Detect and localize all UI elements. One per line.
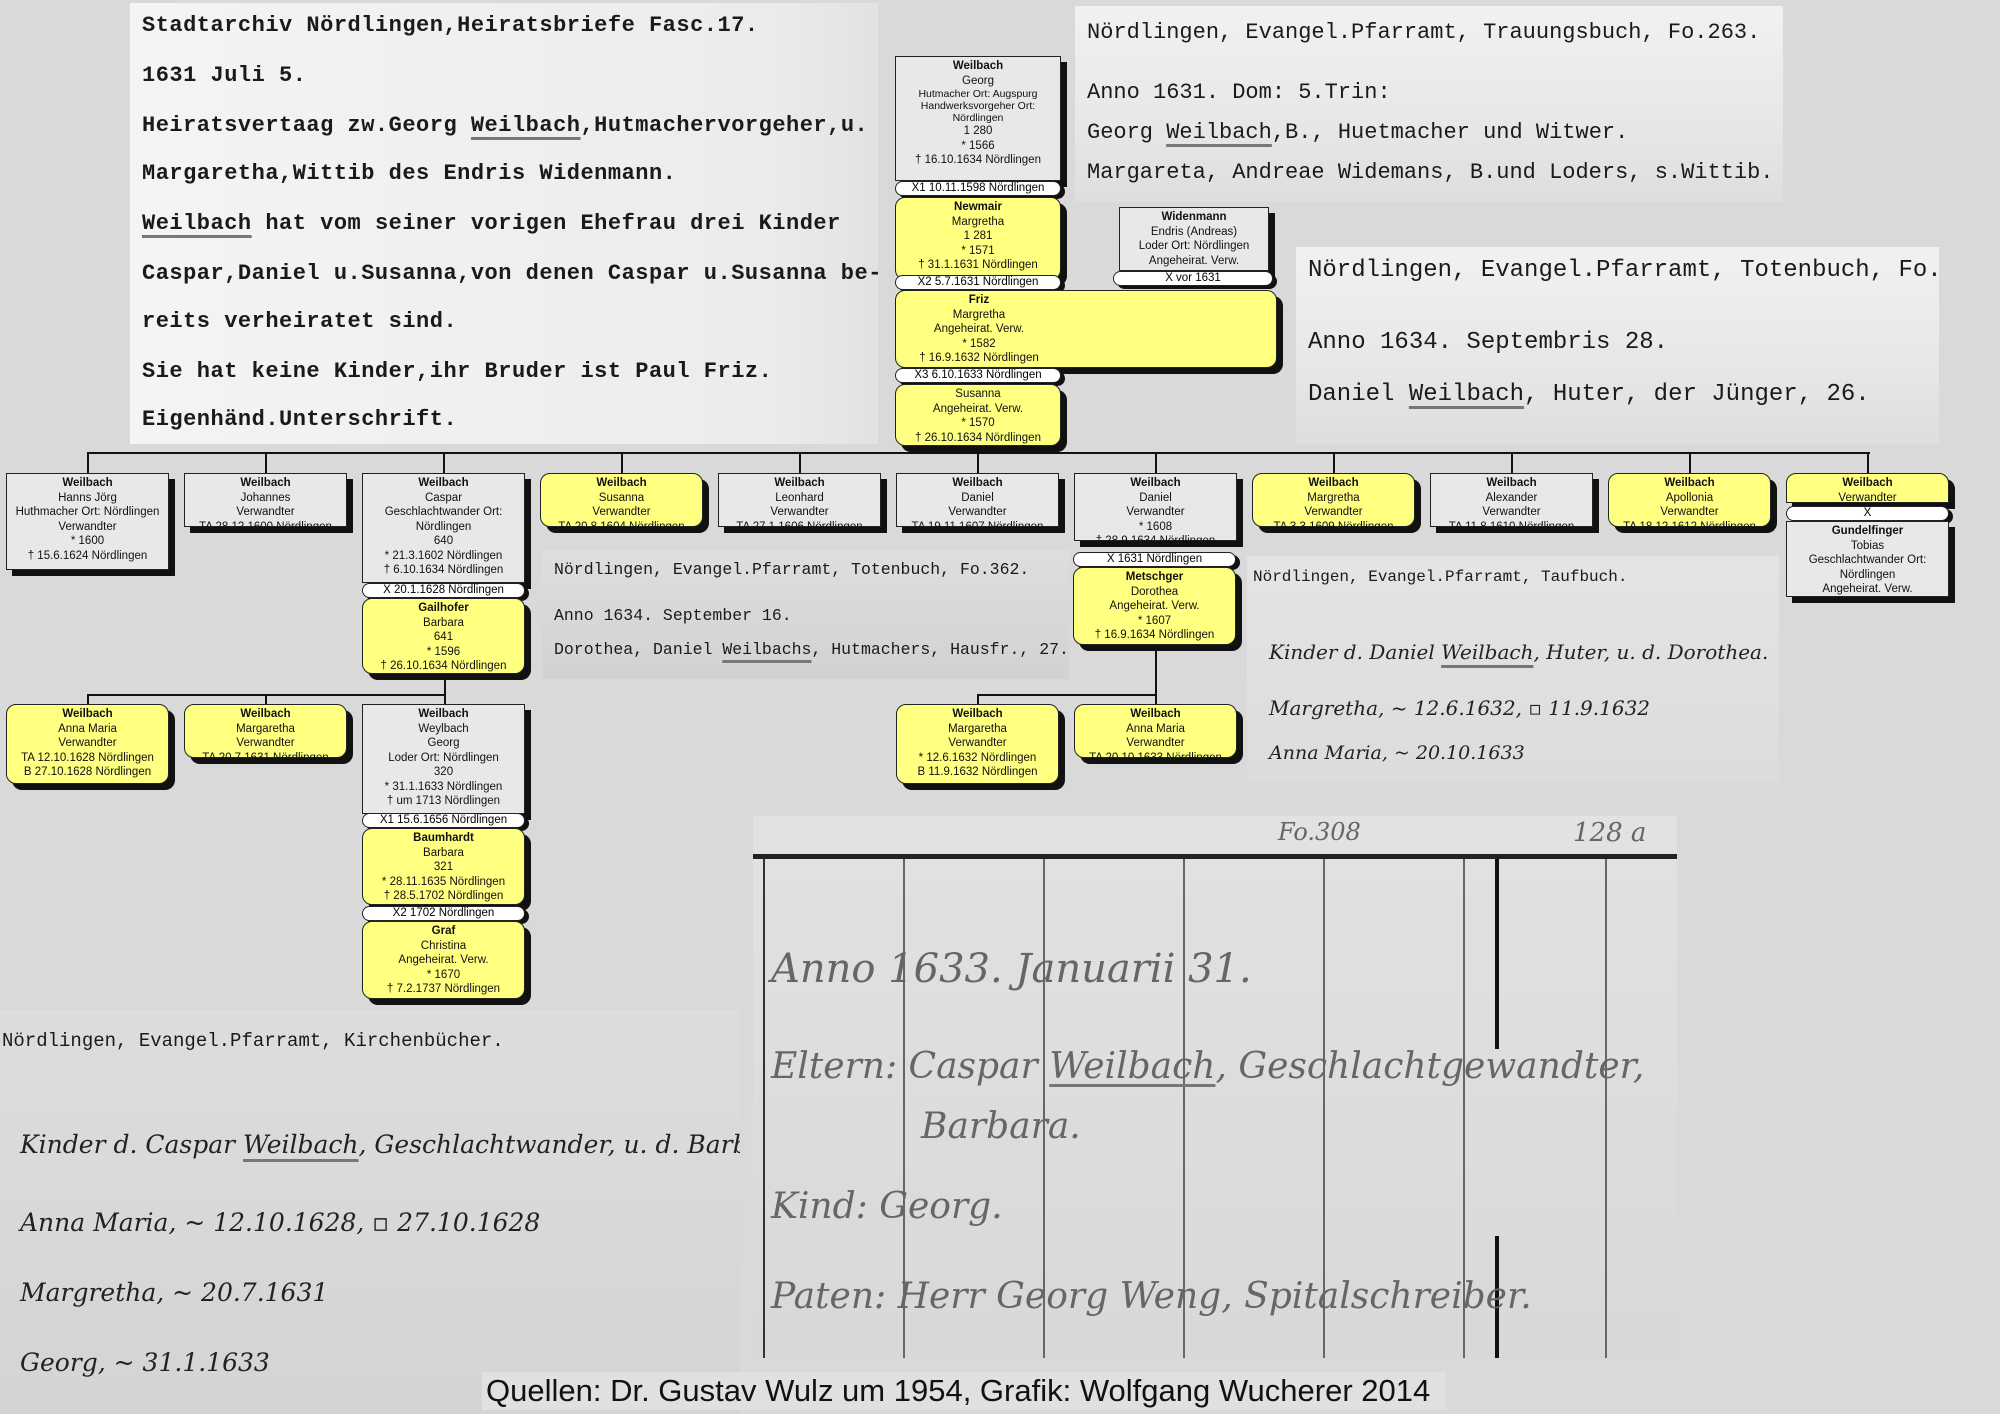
- doc-line: Nördlingen, Evangel.Pfarramt, Trauungsbu…: [1087, 20, 1760, 45]
- person-box[interactable]: WeilbachApolloniaVerwandterTA 18.12.1612…: [1608, 473, 1771, 527]
- given-name: Barbara: [363, 616, 524, 631]
- surname: Weilbach: [897, 476, 1058, 491]
- connector: [1333, 452, 1335, 473]
- register-column: [1605, 859, 1607, 1358]
- death: † 16.9.1632 Nördlingen: [896, 351, 1062, 366]
- person-box[interactable]: WeilbachDanielVerwandterTA 19.11.1607 Nö…: [896, 473, 1059, 527]
- marriage-x1: X1 10.11.1598 Nördlingen: [895, 181, 1061, 196]
- highlighted-surname: Weilbach: [1049, 1046, 1215, 1087]
- connector: [87, 452, 89, 473]
- surname: Weilbach: [1609, 476, 1770, 491]
- highlighted-surname: Weilbach: [1166, 120, 1272, 145]
- person-detail: Verwandter: [7, 736, 168, 751]
- person-box[interactable]: WeilbachMargarethaVerwandter* 12.6.1632 …: [896, 704, 1059, 784]
- surname: Weilbach: [541, 476, 702, 491]
- connector: [977, 452, 979, 473]
- surname: Weilbach: [185, 707, 346, 722]
- register-column: [763, 859, 765, 1358]
- connector: [444, 694, 446, 704]
- person-detail: Verwandter: [719, 505, 880, 520]
- person-detail: Daniel: [1075, 491, 1236, 506]
- person-detail: Verwandter: [1609, 505, 1770, 520]
- surname: Graf: [363, 924, 524, 939]
- surname: Weilbach: [7, 476, 168, 491]
- person-detail: B 27.10.1628 Nördlingen: [7, 765, 168, 780]
- caption: Quellen: Dr. Gustav Wulz um 1954, Grafik…: [482, 1372, 1446, 1410]
- death: † 7.2.1737 Nördlingen: [363, 982, 524, 997]
- person-detail: * 12.6.1632 Nördlingen: [897, 751, 1058, 766]
- doc-register: Fo.308 128 a Anno 1633. Januarii 31. Elt…: [753, 816, 1677, 1358]
- person-box[interactable]: WeilbachDanielVerwandter* 1608† 28.9.163…: [1074, 473, 1237, 541]
- person-box[interactable]: WeilbachHanns JörgHuthmacher Ort: Nördli…: [6, 473, 169, 570]
- register-mark: [1495, 859, 1499, 1049]
- id-number: 1 280: [896, 124, 1060, 139]
- person-metschger-dorothea[interactable]: Metschger Dorothea Angeheirat. Verw. * 1…: [1073, 567, 1236, 645]
- person-detail: Verwandter: [1431, 505, 1592, 520]
- birth: * 1582: [896, 337, 1062, 352]
- death: † 26.10.1634 Nördlingen: [896, 431, 1060, 446]
- person-detail: † 6.10.1634 Nördlingen: [363, 563, 524, 578]
- doc-line: Nördlingen, Evangel.Pfarramt, Kirchenbüc…: [2, 1030, 504, 1052]
- register-rule: [753, 854, 1677, 859]
- given-name: Tobias: [1787, 539, 1948, 554]
- connector: [443, 452, 445, 473]
- highlighted-surname: Weilbach: [243, 1130, 358, 1159]
- person-box[interactable]: WeilbachJohannesVerwandterTA 28.12.1600 …: [184, 473, 347, 527]
- doc-line: Nördlingen, Evangel.Pfarramt, Totenbuch,…: [554, 560, 1029, 579]
- doc-line: Nördlingen, Evangel.Pfarramt, Taufbuch.: [1253, 568, 1627, 586]
- person-box[interactable]: WeilbachAnna MariaVerwandterTA 12.10.162…: [6, 704, 169, 784]
- marriage-last: X: [1786, 506, 1949, 521]
- person-graf-christina[interactable]: Graf Christina Angeheirat. Verw. * 1670 …: [362, 921, 525, 999]
- given-name: Susanna: [896, 387, 1060, 402]
- surname: Widenmann: [1120, 210, 1268, 225]
- person-box[interactable]: WeilbachMargarethaVerwandterTA 20.7.1631…: [184, 704, 347, 758]
- birth: * 1607: [1074, 614, 1235, 629]
- given-name: Endris (Andreas): [1120, 225, 1268, 240]
- highlighted-surname: Weilbach: [142, 211, 252, 236]
- person-detail: † um 1713 Nördlingen: [363, 794, 524, 809]
- occupation: Geschlachtwander Ort:: [1787, 553, 1948, 568]
- person-detail: 320: [363, 765, 524, 780]
- doc-line: Georg Weilbach,B., Huetmacher und Witwer…: [1087, 120, 1628, 145]
- person-box[interactable]: WeilbachCasparGeschlachtwander Ort:Nördl…: [362, 473, 525, 583]
- marriage-georg-jr-x2: X2 1702 Nördlingen: [362, 906, 525, 921]
- person-detail: Apollonia: [1609, 491, 1770, 506]
- highlighted-surname: Weilbachs: [722, 640, 811, 659]
- doc-taufbuch: Nördlingen, Evangel.Pfarramt, Taufbuch. …: [1247, 556, 1779, 782]
- surname: Weilbach: [7, 707, 168, 722]
- marriage-widenmann: X vor 1631: [1113, 271, 1273, 286]
- person-gundelfinger-tobias[interactable]: Gundelfinger Tobias Geschlachtwander Ort…: [1786, 521, 1949, 597]
- birth: * 1670: [363, 968, 524, 983]
- death: † 31.1.1631 Nördlingen: [896, 258, 1060, 273]
- id-number: 1 281: [896, 229, 1060, 244]
- person-detail: Hanns Jörg: [7, 491, 168, 506]
- person-box[interactable]: WeilbachAnna MariaVerwandterTA 20.10.163…: [1074, 704, 1237, 758]
- connector: [1155, 694, 1157, 704]
- connector: [1689, 452, 1691, 473]
- person-detail: Verwandter: [897, 505, 1058, 520]
- person-box[interactable]: WeilbachMargrethaVerwandterTA 3.3.1609 N…: [1252, 473, 1415, 527]
- person-detail: TA 20.8.1604 Nördlingen: [541, 520, 702, 535]
- connector: [977, 694, 1157, 696]
- person-detail: Georg: [363, 736, 524, 751]
- person-detail: Anna Maria: [7, 722, 168, 737]
- surname: Weilbach: [1431, 476, 1592, 491]
- doc-line: Anno 1633. Januarii 31.: [771, 946, 1252, 992]
- doc-line: Daniel Weilbach, Huter, der Jünger, 26.: [1308, 381, 1870, 408]
- marriage-caspar: X 20.1.1628 Nördlingen: [362, 583, 525, 598]
- surname: Friz: [896, 293, 1062, 308]
- marriage-georg-jr-x1: X1 15.6.1656 Nördlingen: [362, 813, 525, 828]
- person-baumhardt-barbara[interactable]: Baumhardt Barbara 321 * 28.11.1635 Nördl…: [362, 828, 525, 905]
- surname: Weilbach: [897, 707, 1058, 722]
- surname: Weilbach: [1075, 476, 1236, 491]
- person-newmair-margretha[interactable]: Newmair Margretha 1 281 * 1571 † 31.1.16…: [895, 197, 1061, 280]
- connector: [1511, 452, 1513, 473]
- relation: Angeheirat. Verw.: [363, 953, 524, 968]
- place: Nördlingen: [896, 112, 1060, 124]
- given-name: Dorothea: [1074, 585, 1235, 600]
- person-detail: B 11.9.1632 Nördlingen: [897, 765, 1058, 780]
- person-detail: Verwandter: [7, 520, 168, 535]
- doc-line: reits verheiratet sind.: [142, 309, 457, 334]
- occupation: Hutmacher Ort: Augspurg: [896, 88, 1060, 100]
- person-detail: * 1608: [1075, 520, 1236, 535]
- person-detail: Susanna: [541, 491, 702, 506]
- person-detail: Verwandter: [185, 736, 346, 751]
- doc-line: 1631 Juli 5.: [142, 63, 306, 88]
- person-detail: † 15.6.1624 Nördlingen: [7, 549, 168, 564]
- surname: Weilbach: [896, 59, 1060, 74]
- doc-line: Margaretha,Wittib des Endris Widenmann.: [142, 161, 676, 186]
- doc-line: Kinder d. Caspar Weilbach, Geschlachtwan…: [20, 1130, 740, 1159]
- highlighted-surname: Weilbach: [1409, 381, 1524, 408]
- surname: Baumhardt: [363, 831, 524, 846]
- person-detail: Verwandter: [1253, 505, 1414, 520]
- doc-line: Georg, ~ 31.1.1633: [20, 1348, 270, 1377]
- birth: * 1566: [896, 139, 1060, 154]
- occupation: Handwerksvorgeher Ort:: [896, 100, 1060, 112]
- doc-heiratsbriefe: Stadtarchiv Nördlingen,Heiratsbriefe Fas…: [130, 3, 878, 444]
- person-detail: Alexander: [1431, 491, 1592, 506]
- death: † 26.10.1634 Nördlingen: [363, 659, 524, 674]
- person-detail: Verwandter: [1075, 736, 1236, 751]
- person-detail: Nördlingen: [363, 520, 524, 535]
- person-detail: Verwandter: [897, 736, 1058, 751]
- doc-line: Paten: Herr Georg Weng, Spitalschreiber.: [771, 1276, 1532, 1317]
- doc-line: Barbara.: [921, 1106, 1081, 1147]
- death: † 28.5.1702 Nördlingen: [363, 889, 524, 904]
- page-number: 128 a: [1573, 818, 1646, 848]
- person-detail: 640: [363, 534, 524, 549]
- relation: Angeheirat. Verw.: [1120, 254, 1268, 269]
- doc-line: Heiratsvertaag zw.Georg Weilbach,Hutmach…: [142, 113, 868, 138]
- surname: Gailhofer: [363, 601, 524, 616]
- person-detail: Verwandter: [185, 505, 346, 520]
- connector: [1867, 452, 1869, 473]
- surname: Metschger: [1074, 570, 1235, 585]
- doc-line: Dorothea, Daniel Weilbachs, Hutmachers, …: [554, 640, 1069, 659]
- surname: Gundelfinger: [1787, 524, 1948, 539]
- person-detail: Verwandter: [1075, 505, 1236, 520]
- person-friz-margretha[interactable]: Friz Margretha Angeheirat. Verw. * 1582 …: [895, 290, 1277, 368]
- given-name: Georg: [896, 74, 1060, 89]
- relation: Angeheirat. Verw.: [896, 322, 1062, 337]
- relation: Angeheirat. Verw.: [1074, 599, 1235, 614]
- person-detail: Weylbach: [363, 722, 524, 737]
- doc-line: Caspar,Daniel u.Susanna,von denen Caspar…: [142, 261, 878, 286]
- connector: [977, 694, 979, 704]
- person-detail: Verwandter: [1787, 491, 1948, 506]
- doc-line: Margretha, ~ 20.7.1631: [20, 1278, 328, 1307]
- surname: Weilbach: [1075, 707, 1236, 722]
- occupation: Loder Ort: Nördlingen: [1120, 239, 1268, 254]
- doc-kirchenbuecher: Nördlingen, Evangel.Pfarramt, Kirchenbüc…: [0, 1010, 740, 1414]
- person-box[interactable]: WeilbachSusannaVerwandterTA 20.8.1604 Nö…: [540, 473, 703, 527]
- person-detail: Huthmacher Ort: Nördlingen: [7, 505, 168, 520]
- doc-trauungsbuch: Nördlingen, Evangel.Pfarramt, Trauungsbu…: [1075, 6, 1783, 202]
- highlighted-surname: Weilbach: [1441, 640, 1533, 664]
- doc-line: Anno 1631. Dom: 5.Trin:: [1087, 80, 1391, 105]
- doc-line: Eigenhänd.Unterschrift.: [142, 407, 457, 432]
- doc-line: Eltern: Caspar Weilbach, Geschlachtgewan…: [771, 1046, 1644, 1087]
- given-name: Barbara: [363, 846, 524, 861]
- marriage-x2: X2 5.7.1631 Nördlingen: [895, 275, 1061, 290]
- death: † 16.10.1634 Nördlingen: [896, 153, 1060, 168]
- marriage-daniel: X 1631 Nördlingen: [1073, 552, 1236, 567]
- person-detail: Margaretha: [897, 722, 1058, 737]
- doc-line: Margareta, Andreae Widemans, B.und Loder…: [1087, 160, 1774, 185]
- doc-line: Nördlingen, Evangel.Pfarramt, Totenbuch,…: [1308, 257, 1939, 284]
- given-name: Margretha: [896, 308, 1062, 323]
- person-gailhofer-barbara[interactable]: Gailhofer Barbara 641 * 1596 † 26.10.163…: [362, 598, 525, 674]
- person-box[interactable]: WeilbachLeonhardVerwandterTA 27.1.1606 N…: [718, 473, 881, 527]
- person-detail: TA 11.8.1610 Nördlingen: [1431, 520, 1592, 535]
- doc-line: Kind: Georg.: [771, 1186, 1003, 1227]
- person-box[interactable]: WeilbachWeylbachGeorgLoder Ort: Nördling…: [362, 704, 525, 814]
- person-detail: TA 20.7.1631 Nördlingen: [185, 751, 346, 766]
- person-detail: TA 18.12.1612 Nördlingen: [1609, 520, 1770, 535]
- connector: [799, 452, 801, 473]
- death: † 16.9.1634 Nördlingen: [1074, 628, 1235, 643]
- person-detail: Daniel: [897, 491, 1058, 506]
- doc-line: Sie hat keine Kinder,ihr Bruder ist Paul…: [142, 359, 772, 384]
- person-susanna-wife[interactable]: Susanna Angeheirat. Verw. * 1570 † 26.10…: [895, 384, 1061, 446]
- birth: * 1570: [896, 416, 1060, 431]
- doc-totenbuch-355: Nördlingen, Evangel.Pfarramt, Totenbuch,…: [1296, 247, 1939, 444]
- person-detail: Caspar: [363, 491, 524, 506]
- doc-line: Anno 1634. September 16.: [554, 606, 792, 625]
- person-detail: TA 12.10.1628 Nördlingen: [7, 751, 168, 766]
- person-detail: TA 20.10.1633 Nördlingen: [1075, 751, 1236, 766]
- marriage-x3: X3 6.10.1633 Nördlingen: [895, 368, 1061, 383]
- doc-line: Kinder d. Daniel Weilbach, Huter, u. d. …: [1269, 640, 1768, 664]
- person-detail: Margaretha: [185, 722, 346, 737]
- folio-number: Fo.308: [1278, 818, 1361, 846]
- connector: [1155, 452, 1157, 473]
- surname: Weilbach: [185, 476, 346, 491]
- person-detail: Margretha: [1253, 491, 1414, 506]
- connector: [621, 452, 623, 473]
- person-detail: Leonhard: [719, 491, 880, 506]
- doc-line: Stadtarchiv Nördlingen,Heiratsbriefe Fas…: [142, 13, 759, 38]
- person-box[interactable]: WeilbachAlexanderVerwandterTA 11.8.1610 …: [1430, 473, 1593, 527]
- connector: [265, 452, 267, 473]
- doc-totenbuch-362: Nördlingen, Evangel.Pfarramt, Totenbuch,…: [542, 550, 1069, 679]
- given-name: Christina: [363, 939, 524, 954]
- birth: * 28.11.1635 Nördlingen: [363, 875, 524, 890]
- connector: [87, 694, 89, 704]
- doc-line: Weilbach hat vom seiner vorigen Ehefrau …: [142, 211, 841, 236]
- person-detail: Geschlachtwander Ort:: [363, 505, 524, 520]
- person-detail: * 21.3.1602 Nördlingen: [363, 549, 524, 564]
- connector: [265, 694, 267, 704]
- id-number: 641: [363, 630, 524, 645]
- person-detail: Johannes: [185, 491, 346, 506]
- person-detail: TA 27.1.1606 Nördlingen: [719, 520, 880, 535]
- surname: Weilbach: [1253, 476, 1414, 491]
- doc-line: Anno 1634. Septembris 28.: [1308, 329, 1668, 356]
- surname: Weilbach: [363, 707, 524, 722]
- birth: * 1571: [896, 244, 1060, 259]
- person-detail: * 31.1.1633 Nördlingen: [363, 780, 524, 795]
- person-detail: TA 19.11.1607 Nördlingen: [897, 520, 1058, 535]
- person-detail: † 28.9.1634 Nördlingen: [1075, 534, 1236, 549]
- surname: Newmair: [896, 200, 1060, 215]
- place: Nördlingen: [1787, 568, 1948, 583]
- person-box[interactable]: WeilbachVerwandter: [1786, 473, 1949, 503]
- surname: Weilbach: [1787, 476, 1948, 491]
- person-detail: TA 3.3.1609 Nördlingen: [1253, 520, 1414, 535]
- connector: [1155, 645, 1157, 694]
- person-widenmann-endris[interactable]: Widenmann Endris (Andreas) Loder Ort: Nö…: [1119, 207, 1269, 271]
- given-name: Margretha: [896, 215, 1060, 230]
- birth: * 1596: [363, 645, 524, 660]
- person-detail: Anna Maria: [1075, 722, 1236, 737]
- highlighted-surname: Weilbach: [471, 113, 581, 138]
- surname: Weilbach: [719, 476, 880, 491]
- relation: Angeheirat. Verw.: [1787, 582, 1948, 597]
- relation: Angeheirat. Verw.: [896, 402, 1060, 417]
- id-number: 321: [363, 860, 524, 875]
- doc-line: Anna Maria, ~ 12.10.1628, ▫ 27.10.1628: [20, 1208, 540, 1237]
- person-detail: Verwandter: [541, 505, 702, 520]
- doc-line: Anna Maria, ~ 20.10.1633: [1269, 742, 1525, 764]
- person-georg-weilbach[interactable]: Weilbach Georg Hutmacher Ort: Augspurg H…: [895, 56, 1061, 181]
- doc-line: Margretha, ~ 12.6.1632, ▫ 11.9.1632: [1269, 696, 1650, 720]
- person-detail: TA 28.12.1600 Nördlingen: [185, 520, 346, 535]
- person-detail: Loder Ort: Nördlingen: [363, 751, 524, 766]
- surname: Weilbach: [363, 476, 524, 491]
- person-detail: * 1600: [7, 534, 168, 549]
